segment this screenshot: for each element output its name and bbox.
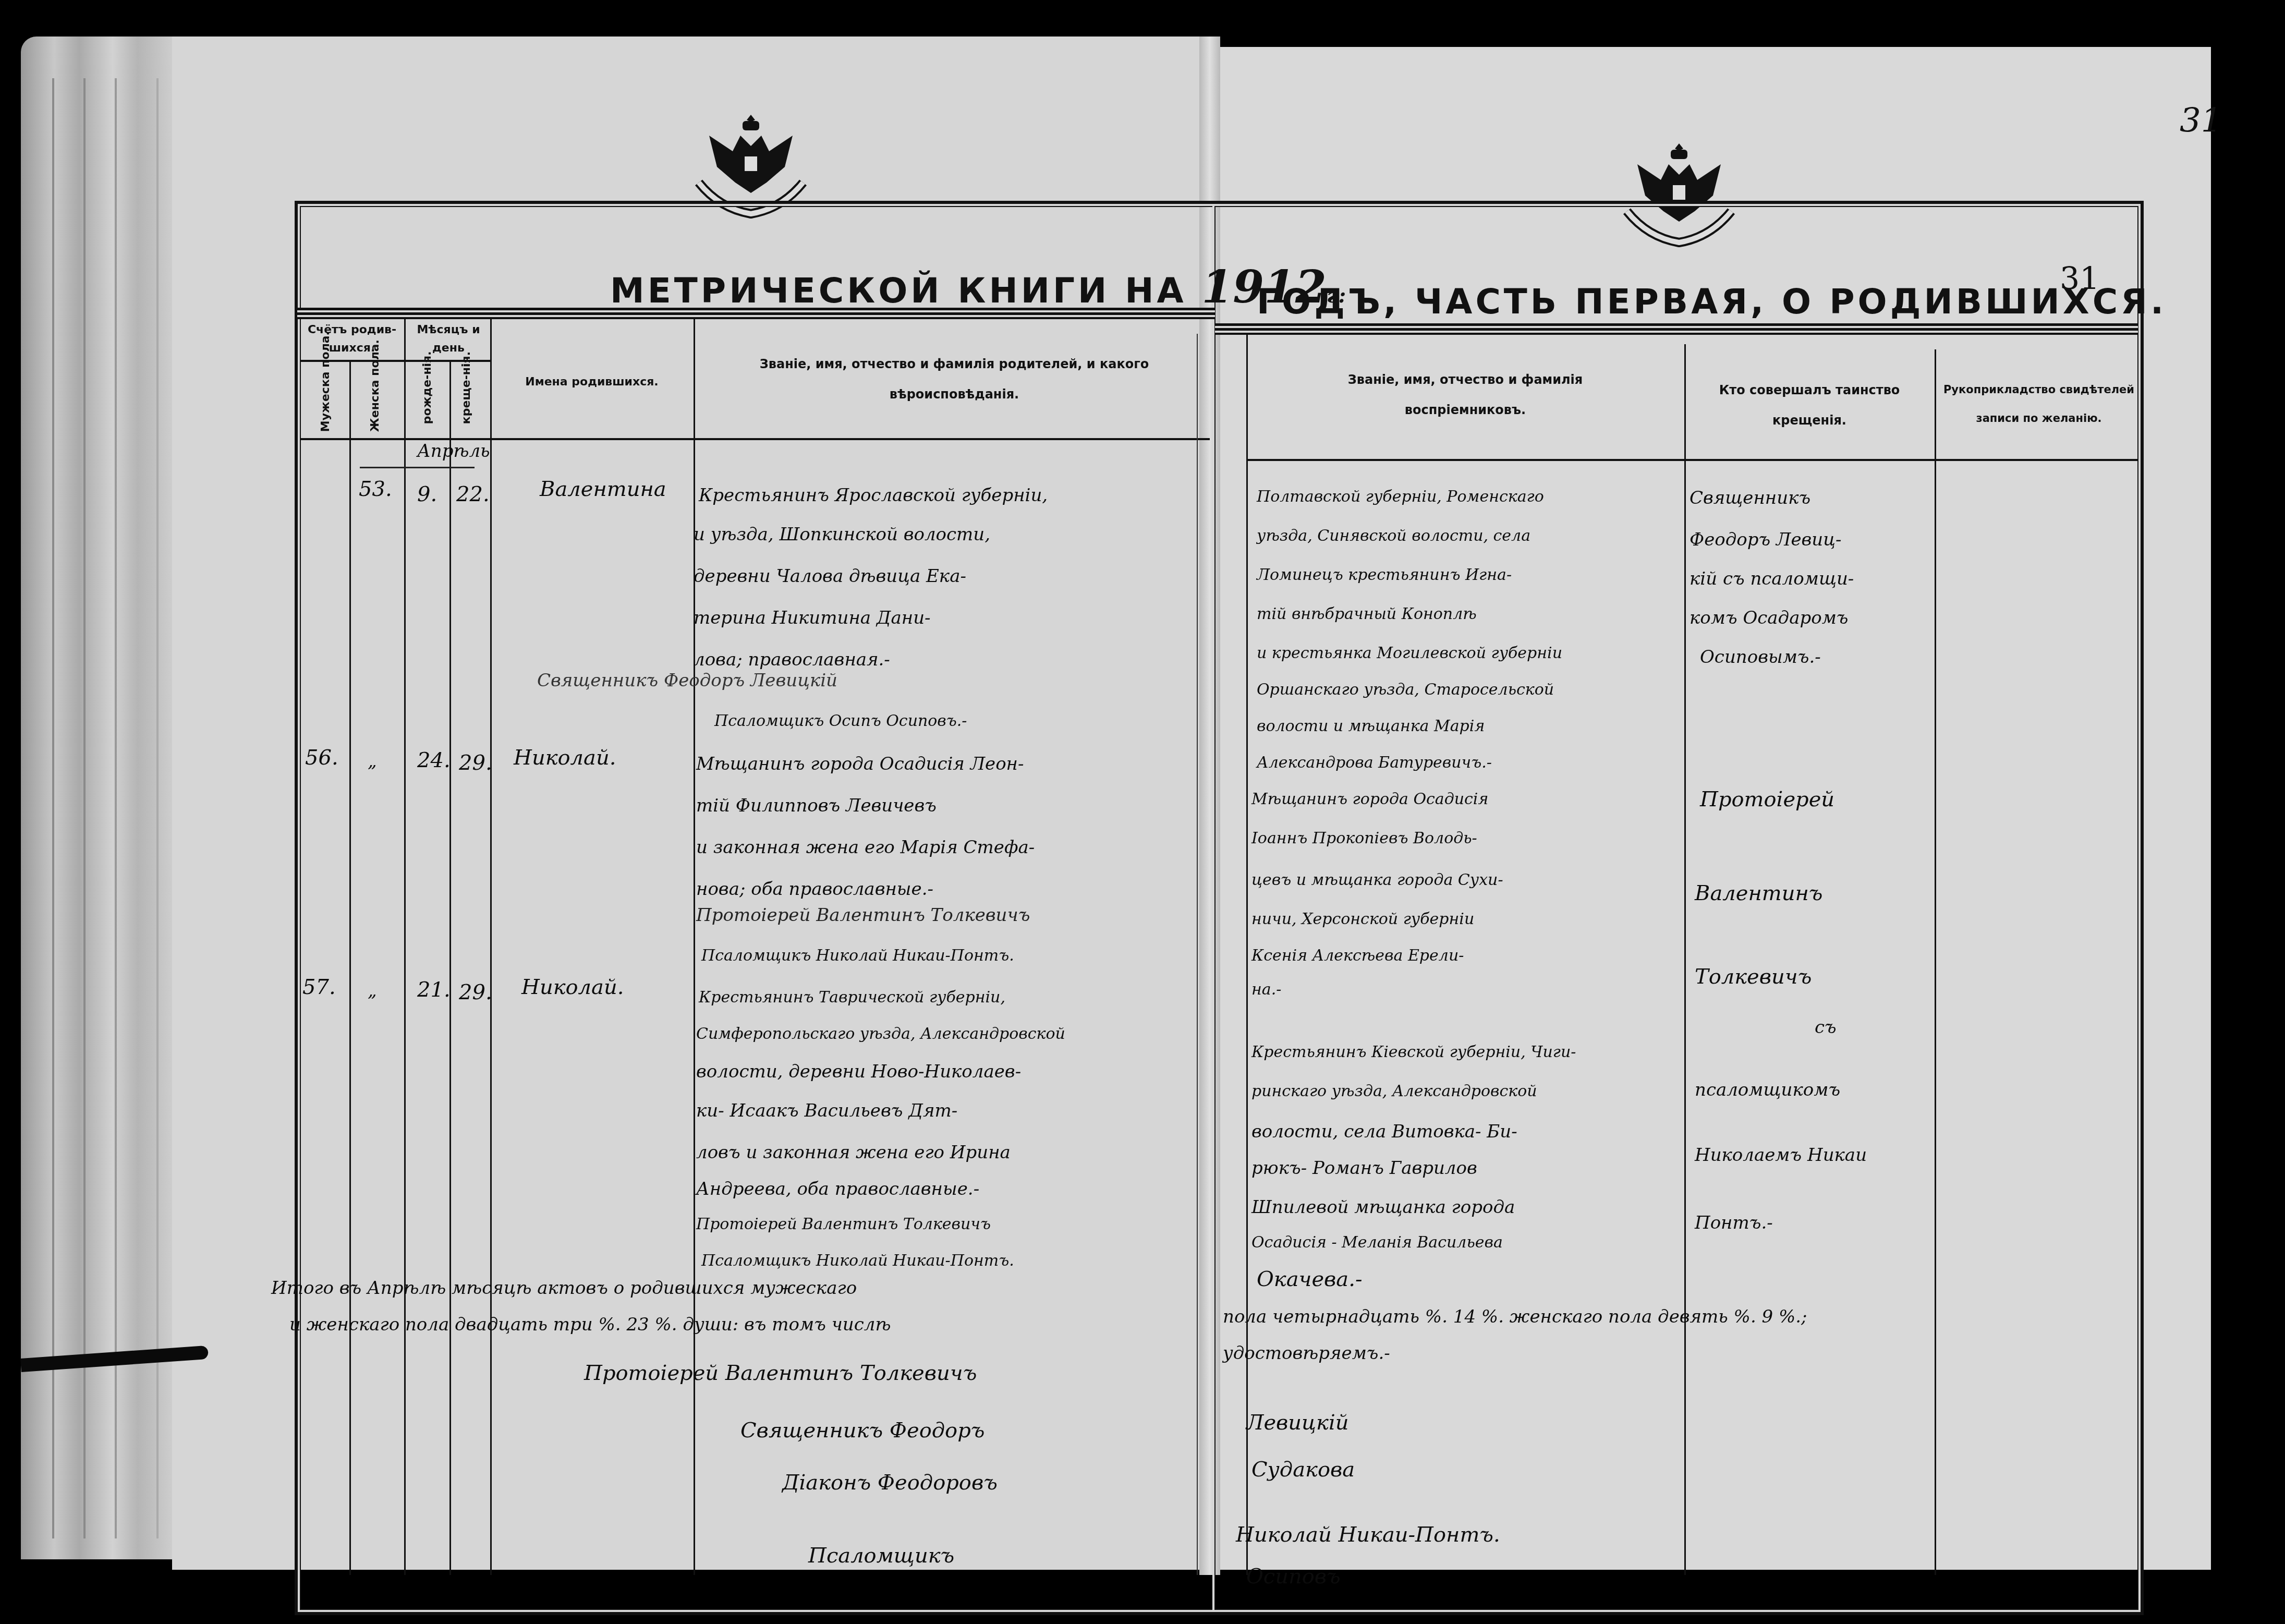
record-clergy-line: Протоіерей Валентинъ Толкевичъ <box>696 905 1030 926</box>
record-child-name: Николай. <box>521 975 624 999</box>
page-stack-edge <box>21 37 188 1559</box>
column-divider <box>349 360 351 1575</box>
record-female-number: 53. <box>359 477 392 501</box>
record-baptism-day: 29. <box>459 751 492 775</box>
record-parents-line: терина Никитина Дани- <box>694 608 931 628</box>
record-parents-line: тій Филипповъ Левичевъ <box>696 795 937 816</box>
record-officiant-line: Протоіерей <box>1700 787 1834 811</box>
record-male-number: 56. <box>305 746 338 770</box>
month-underline <box>360 467 475 468</box>
record-officiant-line: съ <box>1815 1017 1837 1038</box>
page-number-printed: 31 <box>2060 261 2099 297</box>
column-divider <box>1684 344 1686 1575</box>
page-title-left: МЕТРИЧЕСКОЙ КНИГИ НА 1912г: <box>610 261 1346 313</box>
record-officiant-line: Феодоръ Левиц- <box>1690 529 1841 550</box>
record-birth-day: 21. <box>417 978 451 1002</box>
column-divider <box>490 318 492 1575</box>
summary-line-right: удостовѣряемъ.- <box>1223 1343 1390 1364</box>
record-godparents-line: ничи, Херсонской губерніи <box>1251 910 1474 928</box>
column-divider <box>1197 334 1198 1575</box>
record-godparents-line: Окачева.- <box>1257 1267 1362 1291</box>
header-count-female: Женска пола. <box>369 359 382 432</box>
record-female-number: „ <box>368 980 377 1001</box>
record-officiant-line: комъ Осадаромъ <box>1690 608 1849 628</box>
summary-line-left: и женскаго пола двадцать три %. 23 %. ду… <box>289 1314 891 1335</box>
column-divider <box>404 318 406 1575</box>
record-baptism-day: 22. <box>456 482 490 506</box>
record-godparents-line: цевъ и мѣщанка города Сухи- <box>1251 871 1503 889</box>
signature-psalmist: Псаломщикъ <box>808 1544 954 1568</box>
header-witnesses: Рукоприкладство свидѣтелей записи по жел… <box>1937 375 2141 432</box>
header-parents: Званіе, имя, отчество и фамилія родителе… <box>709 349 1199 409</box>
record-male-number: 57. <box>302 975 336 999</box>
record-clergy-line: Псаломщикъ Осипъ Осиповъ.- <box>714 712 967 730</box>
record-parents-line: Мѣщанинъ города Осадисія Леон- <box>696 754 1024 774</box>
header-names: Имена родившихся. <box>493 373 691 391</box>
record-birth-day: 9. <box>417 482 437 506</box>
record-parents-line: лова; православная.- <box>694 649 890 670</box>
header-godparents: Званіе, имя, отчество и фамилія воспріем… <box>1251 365 1679 425</box>
record-clergy-line: Псаломщикъ Николай Никаи-Понтъ. <box>701 947 1014 965</box>
record-godparents-line: Осадисія - Меланія Васильева <box>1251 1233 1503 1252</box>
record-child-name: Николай. <box>514 746 616 770</box>
record-clergy-line: Псаломщикъ Николай Никаи-Понтъ. <box>701 1252 1014 1270</box>
page-edge-line <box>115 78 117 1538</box>
column-divider <box>694 318 695 1575</box>
record-godparents-line: ринскаго уѣзда, Александровской <box>1251 1082 1537 1100</box>
record-godparents-line: Мѣщанинъ города Осадисія <box>1251 790 1488 808</box>
record-officiant-line: Понтъ.- <box>1695 1213 1773 1233</box>
record-godparents-line: и крестьянка Могилевской губерніи <box>1257 644 1562 662</box>
column-divider <box>1935 349 1936 1575</box>
signature-osipov: Осиповъ <box>1246 1565 1341 1589</box>
record-officiant-line: Валентинъ <box>1695 881 1822 905</box>
signature-levitsky: Левицкій <box>1246 1411 1348 1435</box>
header-count-group: Счётъ родив-шихся. <box>302 321 402 357</box>
record-parents-line: нова; оба православные.- <box>696 879 933 900</box>
record-female-number: „ <box>368 751 377 772</box>
page-number-handwritten: 31 <box>2180 102 2222 140</box>
record-godparents-line: Іоаннъ Прокопіевъ Володь- <box>1251 829 1477 847</box>
title-rule-right <box>1215 323 2138 335</box>
record-parents-line: Симферопольскаго уѣзда, Александровской <box>696 1025 1065 1043</box>
page-title-right: ГОДЪ, ЧАСТЬ ПЕРВАЯ, О РОДИВШИХСЯ. <box>1257 282 2167 322</box>
record-parents-line: и законная жена его Марія Стефа- <box>696 837 1035 858</box>
signature-archpriest: Протоіерей Валентинъ Толкевичъ <box>584 1361 977 1385</box>
record-godparents-line: Полтавской губерніи, Роменскаго <box>1257 488 1544 506</box>
page-edge-line <box>156 78 159 1538</box>
record-officiant-line: Священникъ <box>1690 488 1810 508</box>
header-bottom-rule <box>1246 459 2138 461</box>
record-parents-line: Крестьянинъ Ярославской губерніи, <box>699 485 1048 506</box>
record-parents-line: ки- Исаакъ Васильевъ Дят- <box>696 1100 957 1121</box>
signature-nikolay: Николай Никаи-Понтъ. <box>1236 1523 1500 1547</box>
record-godparents-line: уѣзда, Синявской волости, села <box>1257 527 1530 545</box>
record-officiant-line: Толкевичъ <box>1695 965 1812 989</box>
column-divider <box>1246 334 1248 1575</box>
record-birth-day: 24. <box>417 748 451 772</box>
header-bottom-rule <box>300 438 1210 440</box>
header-count-male: Мужеска пола. <box>319 359 333 432</box>
record-officiant-line: кій съ псаломщи- <box>1690 568 1854 589</box>
column-divider <box>449 360 451 1575</box>
record-parents-line: Андреева, оба православные.- <box>696 1179 979 1199</box>
record-godparents-line: рюкъ- Романъ Гаврилов <box>1251 1158 1477 1179</box>
title-text-left: МЕТРИЧЕСКОЙ КНИГИ НА <box>610 271 1187 311</box>
summary-line-right: пола четырнадцать %. 14 %. женскаго пола… <box>1223 1306 1807 1327</box>
record-godparents-line: на.- <box>1251 980 1281 999</box>
page-edge-line <box>83 78 86 1538</box>
record-officiant-line: Николаемъ Никаи <box>1695 1145 1867 1166</box>
record-godparents-line: Александрова Батуревичъ.- <box>1257 754 1492 772</box>
record-parents-line: волости, деревни Ново-Николаев- <box>696 1061 1021 1082</box>
background-shadow <box>2211 0 2285 1624</box>
header-date-birth: рожде-нія. <box>421 367 434 424</box>
record-parents-line: ловъ и законная жена его Ирина <box>696 1142 1011 1163</box>
summary-line-left: Итого въ Апрѣлѣ мѣсяцѣ актовъ о родивших… <box>271 1278 857 1299</box>
record-child-name: Валентина <box>540 477 666 501</box>
signature-deacon: Діаконъ Феодоровъ <box>782 1471 998 1495</box>
month-label: Апрѣль <box>417 441 490 462</box>
record-godparents-line: Оршанскаго уѣзда, Старосельской <box>1257 681 1554 699</box>
record-parents-line: деревни Чалова дѣвица Ека- <box>694 566 966 587</box>
header-date-baptism: креще-нія. <box>460 367 473 424</box>
record-parents-line: Крестьянинъ Таврической губерніи, <box>699 988 1005 1007</box>
record-clergy-line: Священникъ Феодоръ Левицкій <box>537 670 837 691</box>
header-date-group: Мѣсяцъ и день <box>407 321 490 357</box>
record-godparents-line: Крестьянинъ Кіевской губерніи, Чиги- <box>1251 1043 1576 1061</box>
record-baptism-day: 29. <box>459 980 492 1004</box>
page-edge-line <box>52 78 54 1538</box>
signature-priest: Священникъ Феодоръ <box>740 1419 985 1443</box>
record-godparents-line: тій внѣбрачный Коноплѣ <box>1257 605 1477 623</box>
record-godparents-line: Ломинецъ крестьянинъ Игна- <box>1257 566 1512 584</box>
header-officiant: Кто совершалъ таинство крещенія. <box>1690 375 1929 435</box>
record-officiant-line: псаломщикомъ <box>1695 1080 1840 1100</box>
record-godparents-line: Ксенія Алексѣева Ерели- <box>1251 947 1464 965</box>
record-clergy-line: Протоіерей Валентинъ Толкевичъ <box>696 1215 991 1233</box>
record-godparents-line: волости и мѣщанка Марія <box>1257 717 1485 735</box>
signature-sudakova: Судакова <box>1251 1458 1355 1482</box>
record-godparents-line: волости, села Витовка- Би- <box>1251 1121 1517 1142</box>
title-rule-left <box>297 308 1215 319</box>
record-officiant-line: Осиповымъ.- <box>1700 647 1821 668</box>
record-parents-line: и уѣзда, Шопкинской волости, <box>694 524 990 545</box>
record-godparents-line: Шпилевой мѣщанка города <box>1251 1197 1515 1218</box>
